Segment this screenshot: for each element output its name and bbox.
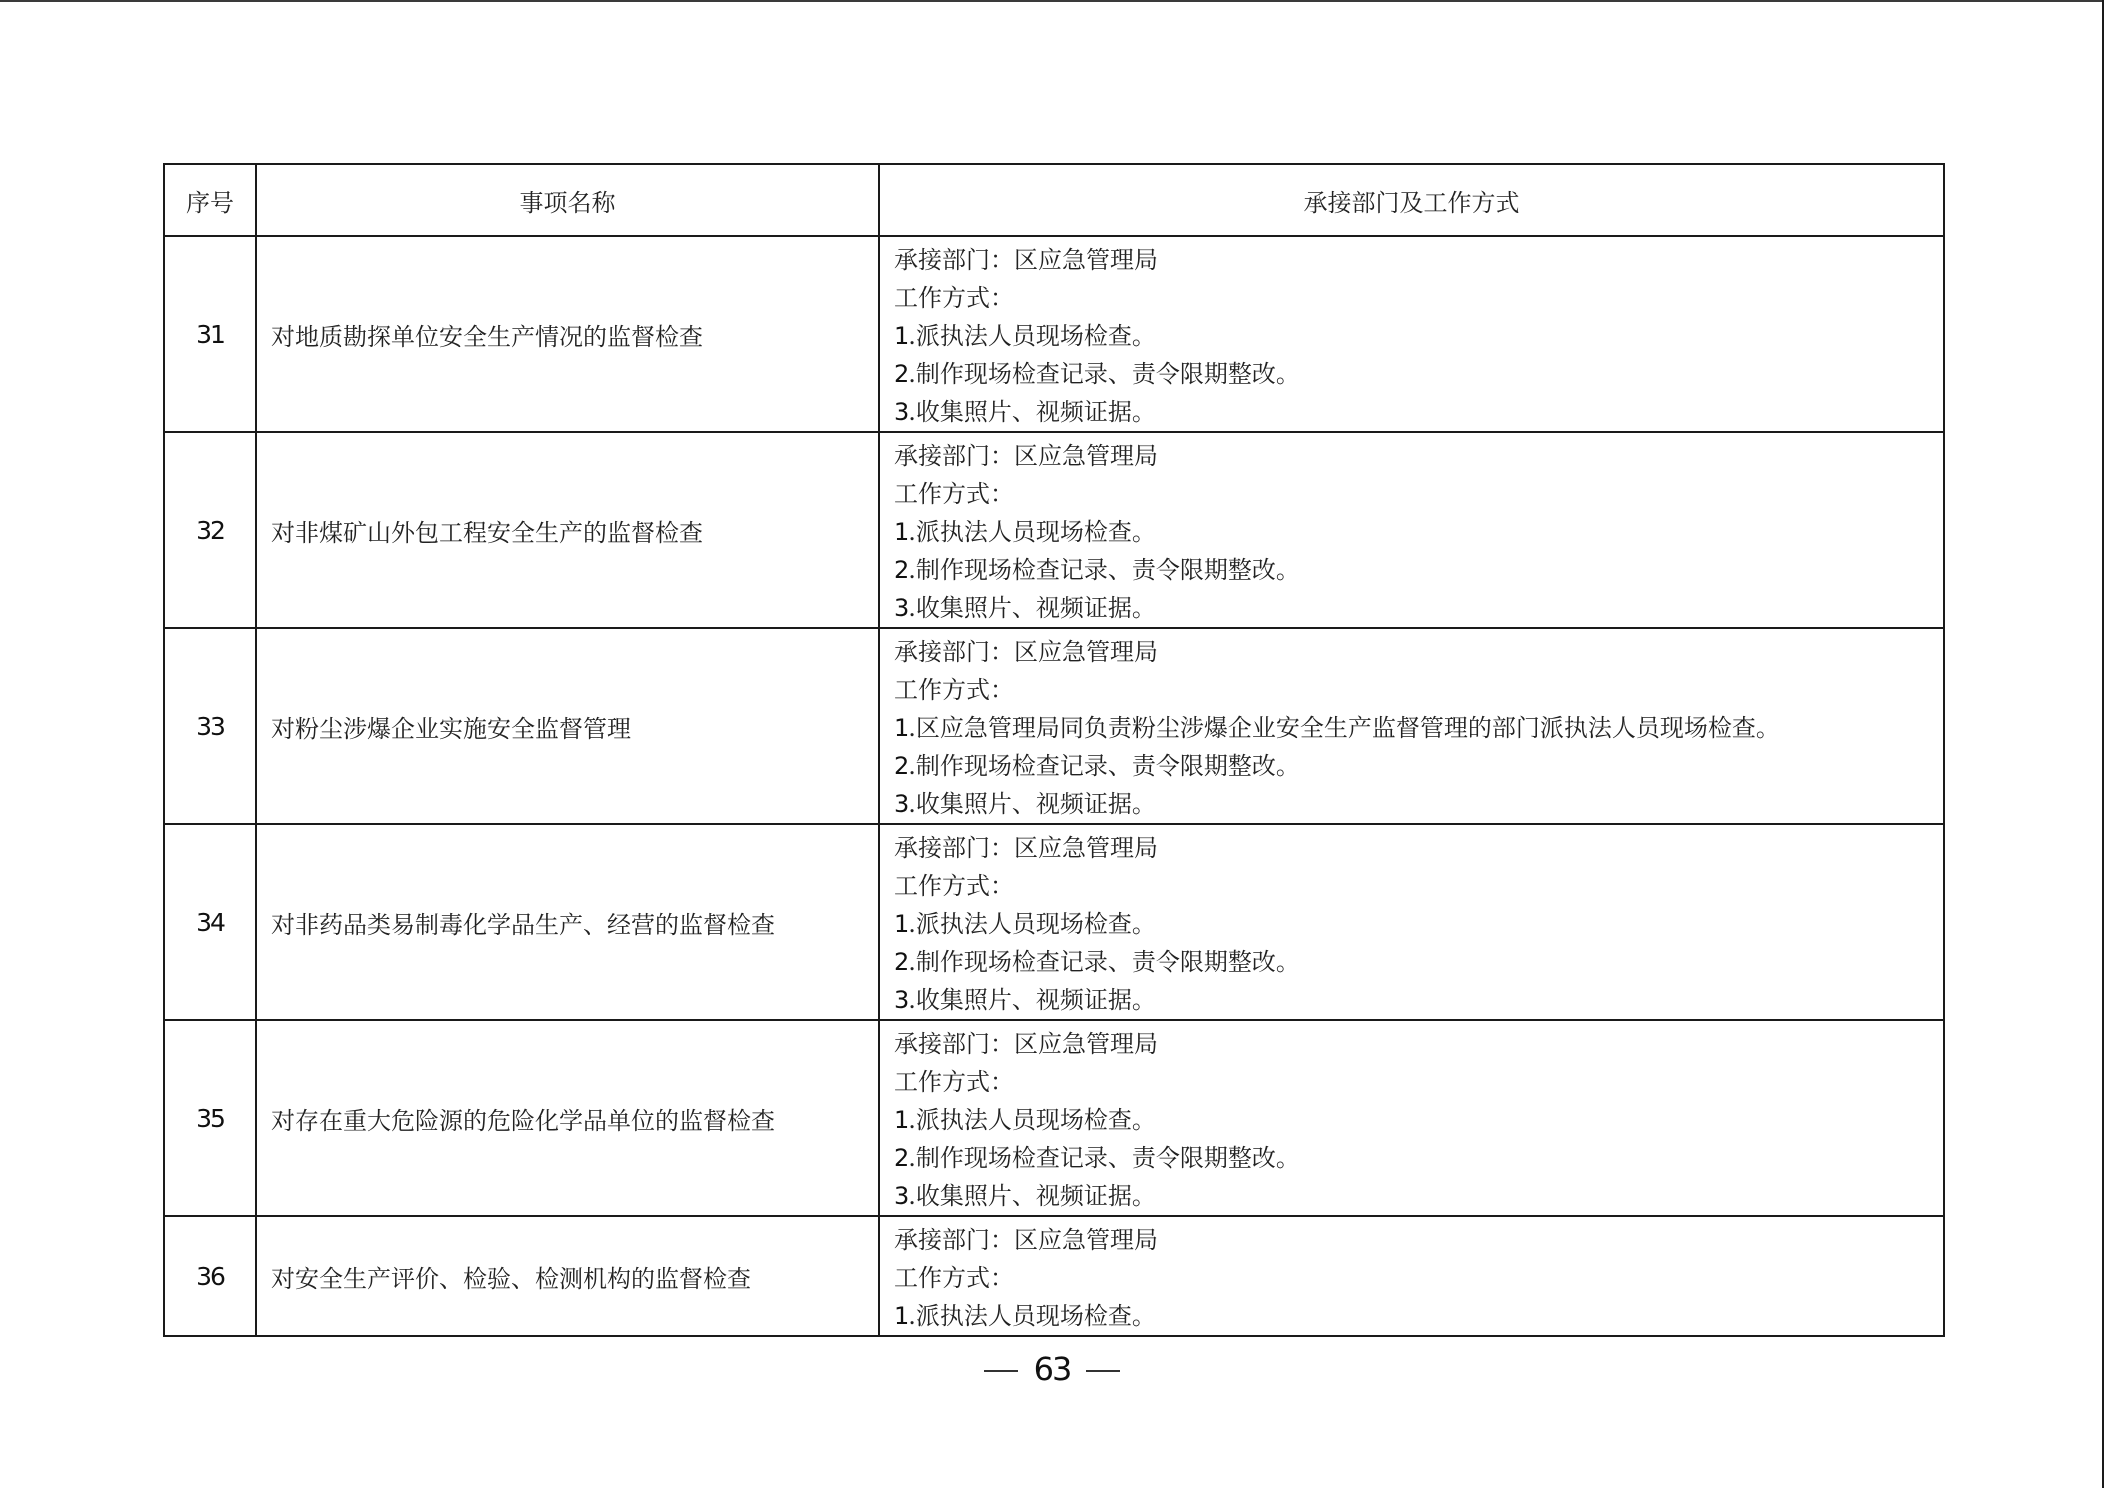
- dept-line: 承接部门：区应急管理局: [894, 241, 1943, 279]
- method-label: 工作方式：: [894, 867, 1943, 905]
- table-header-row: 序号 事项名称 承接部门及工作方式: [164, 164, 1944, 236]
- row-item-name: 对非药品类易制毒化学品生产、经营的监督检查: [256, 824, 879, 1020]
- step-line: 3.收集照片、视频证据。: [894, 981, 1943, 1019]
- row-item-name: 对粉尘涉爆企业实施安全监督管理: [256, 628, 879, 824]
- page-top-border: [0, 0, 2104, 2]
- step-line: 2.制作现场检查记录、责令限期整改。: [894, 1139, 1943, 1177]
- step-text: .制作现场检查记录、责令限期整改。: [908, 1144, 1300, 1172]
- table-row: 36 对安全生产评价、检验、检测机构的监督检查 承接部门：区应急管理局 工作方式…: [164, 1216, 1944, 1336]
- row-item-name: 对非煤矿山外包工程安全生产的监督检查: [256, 432, 879, 628]
- step-line: 1.派执法人员现场检查。: [894, 1101, 1943, 1139]
- dash-right: [1086, 1370, 1120, 1372]
- step-number: 2: [894, 360, 908, 388]
- table-row: 32 对非煤矿山外包工程安全生产的监督检查 承接部门：区应急管理局 工作方式： …: [164, 432, 1944, 628]
- step-text: .派执法人员现场检查。: [908, 910, 1156, 938]
- row-dept-method: 承接部门：区应急管理局 工作方式： 1.派执法人员现场检查。 2.制作现场检查记…: [879, 1020, 1944, 1216]
- step-number: 1: [894, 322, 908, 350]
- step-text: .制作现场检查记录、责令限期整改。: [908, 556, 1300, 584]
- step-line: 2.制作现场检查记录、责令限期整改。: [894, 551, 1943, 589]
- step-number: 1: [894, 518, 908, 546]
- step-number: 3: [894, 398, 908, 426]
- table-row: 31 对地质勘探单位安全生产情况的监督检查 承接部门：区应急管理局 工作方式： …: [164, 236, 1944, 432]
- step-number: 2: [894, 556, 908, 584]
- step-text: .制作现场检查记录、责令限期整改。: [908, 360, 1300, 388]
- row-seq: 35: [164, 1020, 256, 1216]
- step-text: .收集照片、视频证据。: [908, 790, 1156, 818]
- step-line: 1.区应急管理局同负责粉尘涉爆企业安全生产监督管理的部门派执法人员现场检查。: [894, 709, 1943, 747]
- step-text: .收集照片、视频证据。: [908, 1182, 1156, 1210]
- step-line: 2.制作现场检查记录、责令限期整改。: [894, 747, 1943, 785]
- step-text: .派执法人员现场检查。: [908, 1106, 1156, 1134]
- table-row: 35 对存在重大危险源的危险化学品单位的监督检查 承接部门：区应急管理局 工作方…: [164, 1020, 1944, 1216]
- step-line: 1.派执法人员现场检查。: [894, 1297, 1943, 1335]
- method-label: 工作方式：: [894, 1063, 1943, 1101]
- matters-table: 序号 事项名称 承接部门及工作方式 31 对地质勘探单位安全生产情况的监督检查 …: [163, 163, 1945, 1337]
- step-line: 3.收集照片、视频证据。: [894, 393, 1943, 431]
- step-text: .派执法人员现场检查。: [908, 322, 1156, 350]
- step-number: 1: [894, 910, 908, 938]
- header-item-name: 事项名称: [256, 164, 879, 236]
- step-line: 2.制作现场检查记录、责令限期整改。: [894, 943, 1943, 981]
- step-number: 1: [894, 1302, 908, 1330]
- step-text: .派执法人员现场检查。: [908, 518, 1156, 546]
- step-line: 3.收集照片、视频证据。: [894, 785, 1943, 823]
- step-text: .制作现场检查记录、责令限期整改。: [908, 752, 1300, 780]
- row-dept-method: 承接部门：区应急管理局 工作方式： 1.派执法人员现场检查。: [879, 1216, 1944, 1336]
- dept-line: 承接部门：区应急管理局: [894, 829, 1943, 867]
- page-number-footer: 63: [0, 1350, 2104, 1388]
- step-line: 1.派执法人员现场检查。: [894, 905, 1943, 943]
- row-seq: 31: [164, 236, 256, 432]
- step-number: 2: [894, 1144, 908, 1172]
- step-number: 3: [894, 1182, 908, 1210]
- step-line: 1.派执法人员现场检查。: [894, 317, 1943, 355]
- step-text: .收集照片、视频证据。: [908, 986, 1156, 1014]
- step-number: 3: [894, 594, 908, 622]
- row-item-name: 对地质勘探单位安全生产情况的监督检查: [256, 236, 879, 432]
- step-number: 1: [894, 1106, 908, 1134]
- table-row: 34 对非药品类易制毒化学品生产、经营的监督检查 承接部门：区应急管理局 工作方…: [164, 824, 1944, 1020]
- step-line: 3.收集照片、视频证据。: [894, 589, 1943, 627]
- row-dept-method: 承接部门：区应急管理局 工作方式： 1.派执法人员现场检查。 2.制作现场检查记…: [879, 824, 1944, 1020]
- step-line: 1.派执法人员现场检查。: [894, 513, 1943, 551]
- row-seq: 32: [164, 432, 256, 628]
- dept-line: 承接部门：区应急管理局: [894, 1025, 1943, 1063]
- row-seq: 33: [164, 628, 256, 824]
- page-number: 63: [1034, 1350, 1071, 1388]
- row-item-name: 对存在重大危险源的危险化学品单位的监督检查: [256, 1020, 879, 1216]
- dash-left: [984, 1370, 1018, 1372]
- step-text: .收集照片、视频证据。: [908, 398, 1156, 426]
- row-dept-method: 承接部门：区应急管理局 工作方式： 1.派执法人员现场检查。 2.制作现场检查记…: [879, 432, 1944, 628]
- step-number: 2: [894, 948, 908, 976]
- dept-line: 承接部门：区应急管理局: [894, 633, 1943, 671]
- row-dept-method: 承接部门：区应急管理局 工作方式： 1.区应急管理局同负责粉尘涉爆企业安全生产监…: [879, 628, 1944, 824]
- header-seq: 序号: [164, 164, 256, 236]
- method-label: 工作方式：: [894, 475, 1943, 513]
- method-label: 工作方式：: [894, 279, 1943, 317]
- step-text: .区应急管理局同负责粉尘涉爆企业安全生产监督管理的部门派执法人员现场检查。: [908, 714, 1780, 742]
- step-line: 2.制作现场检查记录、责令限期整改。: [894, 355, 1943, 393]
- step-number: 3: [894, 986, 908, 1014]
- step-number: 2: [894, 752, 908, 780]
- step-text: .派执法人员现场检查。: [908, 1302, 1156, 1330]
- dept-line: 承接部门：区应急管理局: [894, 437, 1943, 475]
- row-dept-method: 承接部门：区应急管理局 工作方式： 1.派执法人员现场检查。 2.制作现场检查记…: [879, 236, 1944, 432]
- step-number: 1: [894, 714, 908, 742]
- header-dept-method: 承接部门及工作方式: [879, 164, 1944, 236]
- step-number: 3: [894, 790, 908, 818]
- step-line: 3.收集照片、视频证据。: [894, 1177, 1943, 1215]
- table-row: 33 对粉尘涉爆企业实施安全监督管理 承接部门：区应急管理局 工作方式： 1.区…: [164, 628, 1944, 824]
- dept-line: 承接部门：区应急管理局: [894, 1221, 1943, 1259]
- method-label: 工作方式：: [894, 1259, 1943, 1297]
- step-text: .制作现场检查记录、责令限期整改。: [908, 948, 1300, 976]
- row-seq: 36: [164, 1216, 256, 1336]
- row-item-name: 对安全生产评价、检验、检测机构的监督检查: [256, 1216, 879, 1336]
- row-seq: 34: [164, 824, 256, 1020]
- step-text: .收集照片、视频证据。: [908, 594, 1156, 622]
- method-label: 工作方式：: [894, 671, 1943, 709]
